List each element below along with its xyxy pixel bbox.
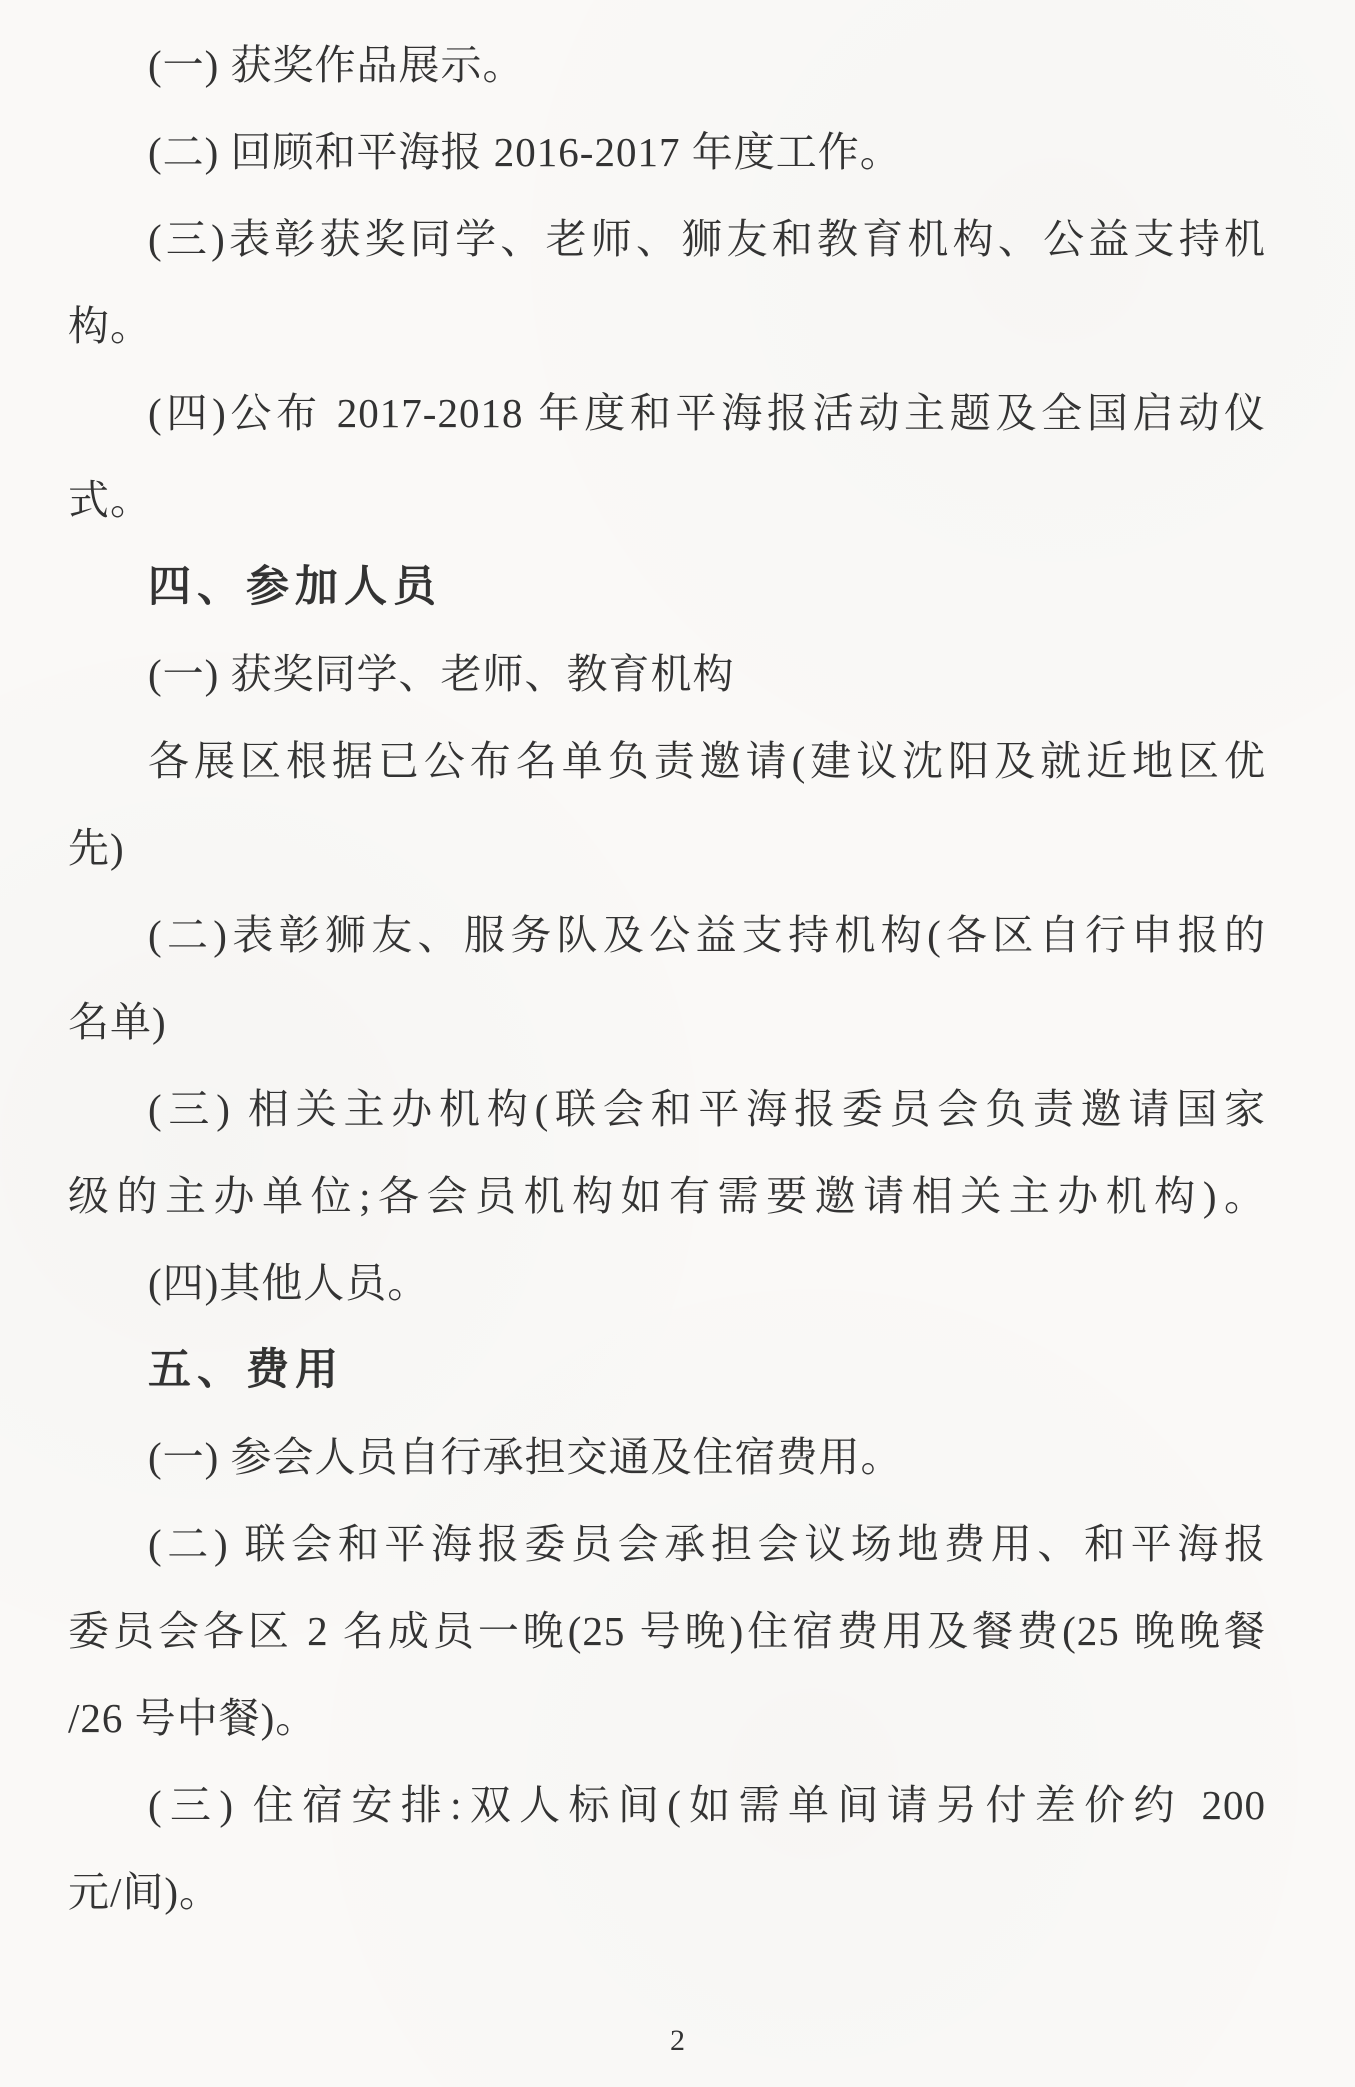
text-line: 委员会各区 2 名成员一晚(25 号晚)住宿费用及餐费(25 晚晚餐 (68, 1588, 1266, 1675)
text-line: /26 号中餐)。 (68, 1675, 1266, 1762)
section-heading: 四、参加人员 (68, 544, 1266, 631)
text-line: (三)表彰获奖同学、老师、狮友和教育机构、公益支持机 (68, 196, 1266, 283)
text-line: 构。 (68, 283, 1266, 370)
text-line: 名单) (68, 979, 1266, 1066)
text-line: 先) (68, 805, 1266, 892)
text-line: (一) 获奖同学、老师、教育机构 (68, 631, 1266, 718)
text-line: (一) 获奖作品展示。 (68, 22, 1266, 109)
text-line: (二) 回顾和平海报 2016-2017 年度工作。 (68, 109, 1266, 196)
text-line: (二)表彰狮友、服务队及公益支持机构(各区自行申报的 (68, 892, 1266, 979)
text-line: 各展区根据已公布名单负责邀请(建议沈阳及就近地区优 (68, 718, 1266, 805)
text-line: (四)公布 2017-2018 年度和平海报活动主题及全国启动仪 (68, 370, 1266, 457)
text-line: 式。 (68, 457, 1266, 544)
page-number: 2 (0, 2026, 1355, 2056)
text-line: (三) 相关主办机构(联会和平海报委员会负责邀请国家 (68, 1066, 1266, 1153)
text-line: (四)其他人员。 (68, 1240, 1266, 1327)
document-body: (一) 获奖作品展示。(二) 回顾和平海报 2016-2017 年度工作。(三)… (68, 22, 1266, 1936)
text-line: 元/间)。 (68, 1849, 1266, 1936)
text-line: 级的主办单位;各会员机构如有需要邀请相关主办机构)。 (68, 1153, 1266, 1240)
text-line: (二) 联会和平海报委员会承担会议场地费用、和平海报 (68, 1501, 1266, 1588)
document-page: (一) 获奖作品展示。(二) 回顾和平海报 2016-2017 年度工作。(三)… (0, 0, 1355, 2087)
text-line: (三) 住宿安排:双人标间(如需单间请另付差价约 200 (68, 1762, 1266, 1849)
section-heading: 五、费用 (68, 1327, 1266, 1414)
text-line: (一) 参会人员自行承担交通及住宿费用。 (68, 1414, 1266, 1501)
